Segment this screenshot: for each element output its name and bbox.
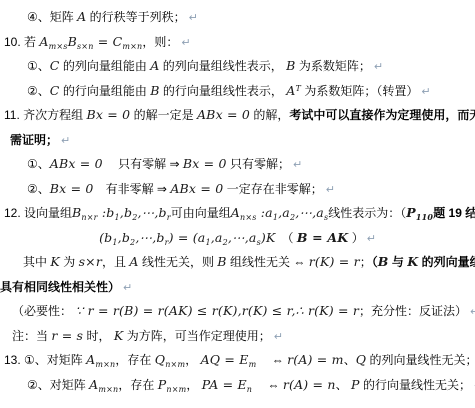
text-segment: 有非零解 ⇒	[94, 182, 171, 196]
text-segment: ⇔	[256, 353, 287, 367]
math-segment: Qn×m	[155, 352, 186, 367]
text-segment: 12. 设向量组	[4, 206, 72, 220]
text-segment: 为系数矩阵；	[296, 59, 371, 73]
math-segment: AT	[286, 83, 301, 98]
text-segment: 注：当	[12, 329, 51, 343]
text-segment: 的行向量线性无关；	[360, 378, 471, 392]
math-segment: (b1,b2,⋯,br) = (a1,a2,⋯,as)K	[99, 230, 275, 245]
math-segment: Am×n	[86, 352, 115, 367]
text-segment: 考试中可以直接作为定理使用，而无	[289, 108, 475, 122]
paragraph-mark-icon: ↵	[123, 281, 132, 294]
text-segment: ②、	[27, 182, 50, 196]
math-segment: Am×n	[89, 377, 118, 392]
math-segment: Bx = 0	[86, 107, 130, 122]
text-segment: 的列向量组线性表示，	[159, 59, 286, 73]
math-segment: r = s	[51, 328, 83, 343]
math-segment: r(K) = r	[309, 254, 360, 269]
text-segment: 时，	[83, 329, 114, 343]
text-segment: ①、	[27, 157, 50, 171]
math-segment: Q	[356, 352, 366, 367]
math-segment: A	[129, 254, 138, 269]
math-segment: Bx = 0	[50, 181, 94, 196]
paragraph-mark-icon: ↵	[470, 305, 475, 318]
text-segment: 可由向量组	[171, 206, 231, 220]
text-segment: ⇔	[252, 378, 283, 392]
math-segment: Pn×m	[158, 377, 187, 392]
text-segment: 需证明；	[10, 133, 58, 147]
text-segment: 的列向量线性无关；（	[366, 353, 475, 367]
math-segment: ∵ r = r(B) = r(AK) ≤ r(K),r(K) ≤ r,∴ r(K…	[75, 303, 359, 318]
paragraph-mark-icon: ↵	[61, 134, 70, 147]
math-segment: P	[351, 377, 360, 392]
doc-line-12: 具有相同线性相关性）↵	[0, 275, 475, 300]
math-segment: B	[217, 254, 226, 269]
paragraph-mark-icon: ↵	[326, 183, 335, 196]
text-segment: （	[276, 231, 297, 245]
document-body: ④、矩阵 A 的行秩等于列秩；↵10. 若 Am×sBs×n = Cm×n，则：…	[0, 5, 475, 397]
text-segment: （必要性：	[12, 304, 75, 318]
math-segment: P110	[406, 205, 433, 220]
text-segment: 的列向量组	[418, 255, 475, 269]
doc-line-6: 需证明；↵	[0, 128, 475, 153]
doc-line-8: ②、Bx = 0 有非零解 ⇒ ABx = 0 一定存在非零解；↵	[0, 177, 475, 202]
math-segment: ABx = 0	[197, 107, 250, 122]
text-segment: ；	[360, 255, 372, 269]
doc-line-10: (b1,b2,⋯,br) = (a1,a2,⋯,as)K （ B = AK ）↵	[0, 226, 475, 251]
math-segment: ABx = 0	[50, 156, 103, 171]
text-segment: 为	[60, 255, 79, 269]
math-segment: K	[407, 254, 418, 269]
text-segment: ，存在	[115, 353, 154, 367]
doc-line-4: ②、C 的行向量组能由 B 的行向量组线性表示， AT 为系数矩阵；（转置）↵	[0, 79, 475, 104]
math-segment: K	[50, 254, 60, 269]
text-segment: 的解一定是	[130, 108, 197, 122]
text-segment: ①、	[27, 59, 50, 73]
paragraph-mark-icon: ↵	[374, 60, 383, 73]
text-segment: 的行向量组线性表示，	[160, 84, 287, 98]
math-segment: AQ = Em	[201, 352, 257, 367]
text-segment: ，则：	[142, 35, 178, 49]
text-segment: 为系数矩阵；（转置）	[301, 84, 418, 98]
math-segment: B = AK	[297, 230, 349, 245]
paragraph-mark-icon: ↵	[274, 330, 283, 343]
text-segment: 、	[344, 353, 356, 367]
doc-line-14: 注：当 r = s 时， K 为方阵，可当作定理使用；↵	[0, 324, 475, 349]
text-segment: ②、对矩阵	[27, 378, 89, 392]
paragraph-mark-icon: ↵	[181, 36, 190, 49]
text-segment: ）	[348, 231, 363, 245]
text-segment: 的列向量组能由	[60, 59, 151, 73]
math-segment: r(A) = m	[287, 352, 344, 367]
document-page: ④、矩阵 A 的行秩等于列秩；↵10. 若 Am×sBs×n = Cm×n，则：…	[0, 0, 475, 397]
doc-line-15: 13. ①、对矩阵 Am×n，存在 Qn×m， AQ = Em ⇔ r(A) =…	[0, 348, 475, 373]
text-segment: 的行秩等于列秩；	[86, 10, 185, 24]
paragraph-mark-icon: ↵	[367, 232, 376, 245]
text-segment: ，且	[102, 255, 129, 269]
math-segment: C	[50, 83, 60, 98]
math-segment: Bn×r :b1,b2,⋯,br	[72, 205, 171, 220]
doc-line-9: 12. 设向量组Bn×r :b1,b2,⋯,br可由向量组An×s :a1,a2…	[0, 201, 475, 226]
math-segment: B	[378, 254, 389, 269]
math-segment: B	[286, 58, 295, 73]
text-segment: 线性无关，则	[139, 255, 218, 269]
text-segment: 只有零解 ⇒	[103, 157, 183, 171]
text-segment: 为方阵，可当作定理使用；	[123, 329, 270, 343]
text-segment: ②、	[27, 84, 50, 98]
text-segment: 11. 齐次方程组	[4, 108, 86, 122]
text-segment: 只有零解；	[227, 157, 290, 171]
text-segment: ，	[186, 378, 201, 392]
math-segment: A	[77, 9, 86, 24]
text-segment: ，存在	[118, 378, 157, 392]
doc-line-5: 11. 齐次方程组 Bx = 0 的解一定是 ABx = 0 的解，考试中可以直…	[0, 103, 475, 128]
text-segment: 题 19 结论）	[433, 206, 475, 220]
text-segment: 、	[336, 378, 351, 392]
doc-line-3: ①、C 的列向量组能由 A 的列向量组线性表示， B 为系数矩阵；↵	[0, 54, 475, 79]
math-segment: B	[150, 83, 159, 98]
math-segment: An×s :a1,a2,⋯,as	[231, 205, 328, 220]
doc-line-7: ①、ABx = 0 只有零解 ⇒ Bx = 0 只有零解；↵	[0, 152, 475, 177]
doc-line-1: ④、矩阵 A 的行秩等于列秩；↵	[0, 5, 475, 30]
text-segment: 线性表示为：（	[328, 206, 406, 220]
math-segment: r(A) = n	[283, 377, 336, 392]
doc-line-11: 其中 K 为 s×r，且 A 线性无关，则 B 组线性无关 ⇔ r(K) = r…	[0, 250, 475, 275]
paragraph-mark-icon: ↵	[293, 158, 302, 171]
text-segment: 的解，	[250, 108, 289, 122]
text-segment: 13. ①、对矩阵	[4, 353, 86, 367]
text-segment: ④、矩阵	[27, 10, 77, 24]
paragraph-mark-icon: ↵	[189, 11, 198, 24]
text-segment: 一定存在非零解；	[223, 182, 322, 196]
math-segment: PA = En	[202, 377, 252, 392]
text-segment: 与	[389, 255, 408, 269]
paragraph-mark-icon: ↵	[421, 85, 430, 98]
math-segment: s×r	[79, 254, 102, 269]
text-segment: 10. 若	[4, 35, 39, 49]
text-segment: 组线性无关 ⇔	[227, 255, 309, 269]
math-segment: K	[114, 328, 124, 343]
text-segment: 具有相同线性相关性）	[0, 280, 120, 294]
math-segment: Am×sBs×n = Cm×n	[39, 34, 142, 49]
text-segment: 的行向量组能由	[60, 84, 151, 98]
doc-line-16: ②、对矩阵 Am×n，存在 Pn×m， PA = En ⇔ r(A) = n、 …	[0, 373, 475, 398]
math-segment: C	[50, 58, 60, 73]
text-segment: ，	[185, 353, 200, 367]
text-segment: 其中	[23, 255, 50, 269]
math-segment: Bx = 0	[183, 156, 227, 171]
math-segment: ABx = 0	[170, 181, 223, 196]
doc-line-13: （必要性： ∵ r = r(B) = r(AK) ≤ r(K),r(K) ≤ r…	[0, 299, 475, 324]
text-segment: ；充分性：反证法）	[359, 304, 467, 318]
doc-line-2: 10. 若 Am×sBs×n = Cm×n，则：↵	[0, 30, 475, 55]
